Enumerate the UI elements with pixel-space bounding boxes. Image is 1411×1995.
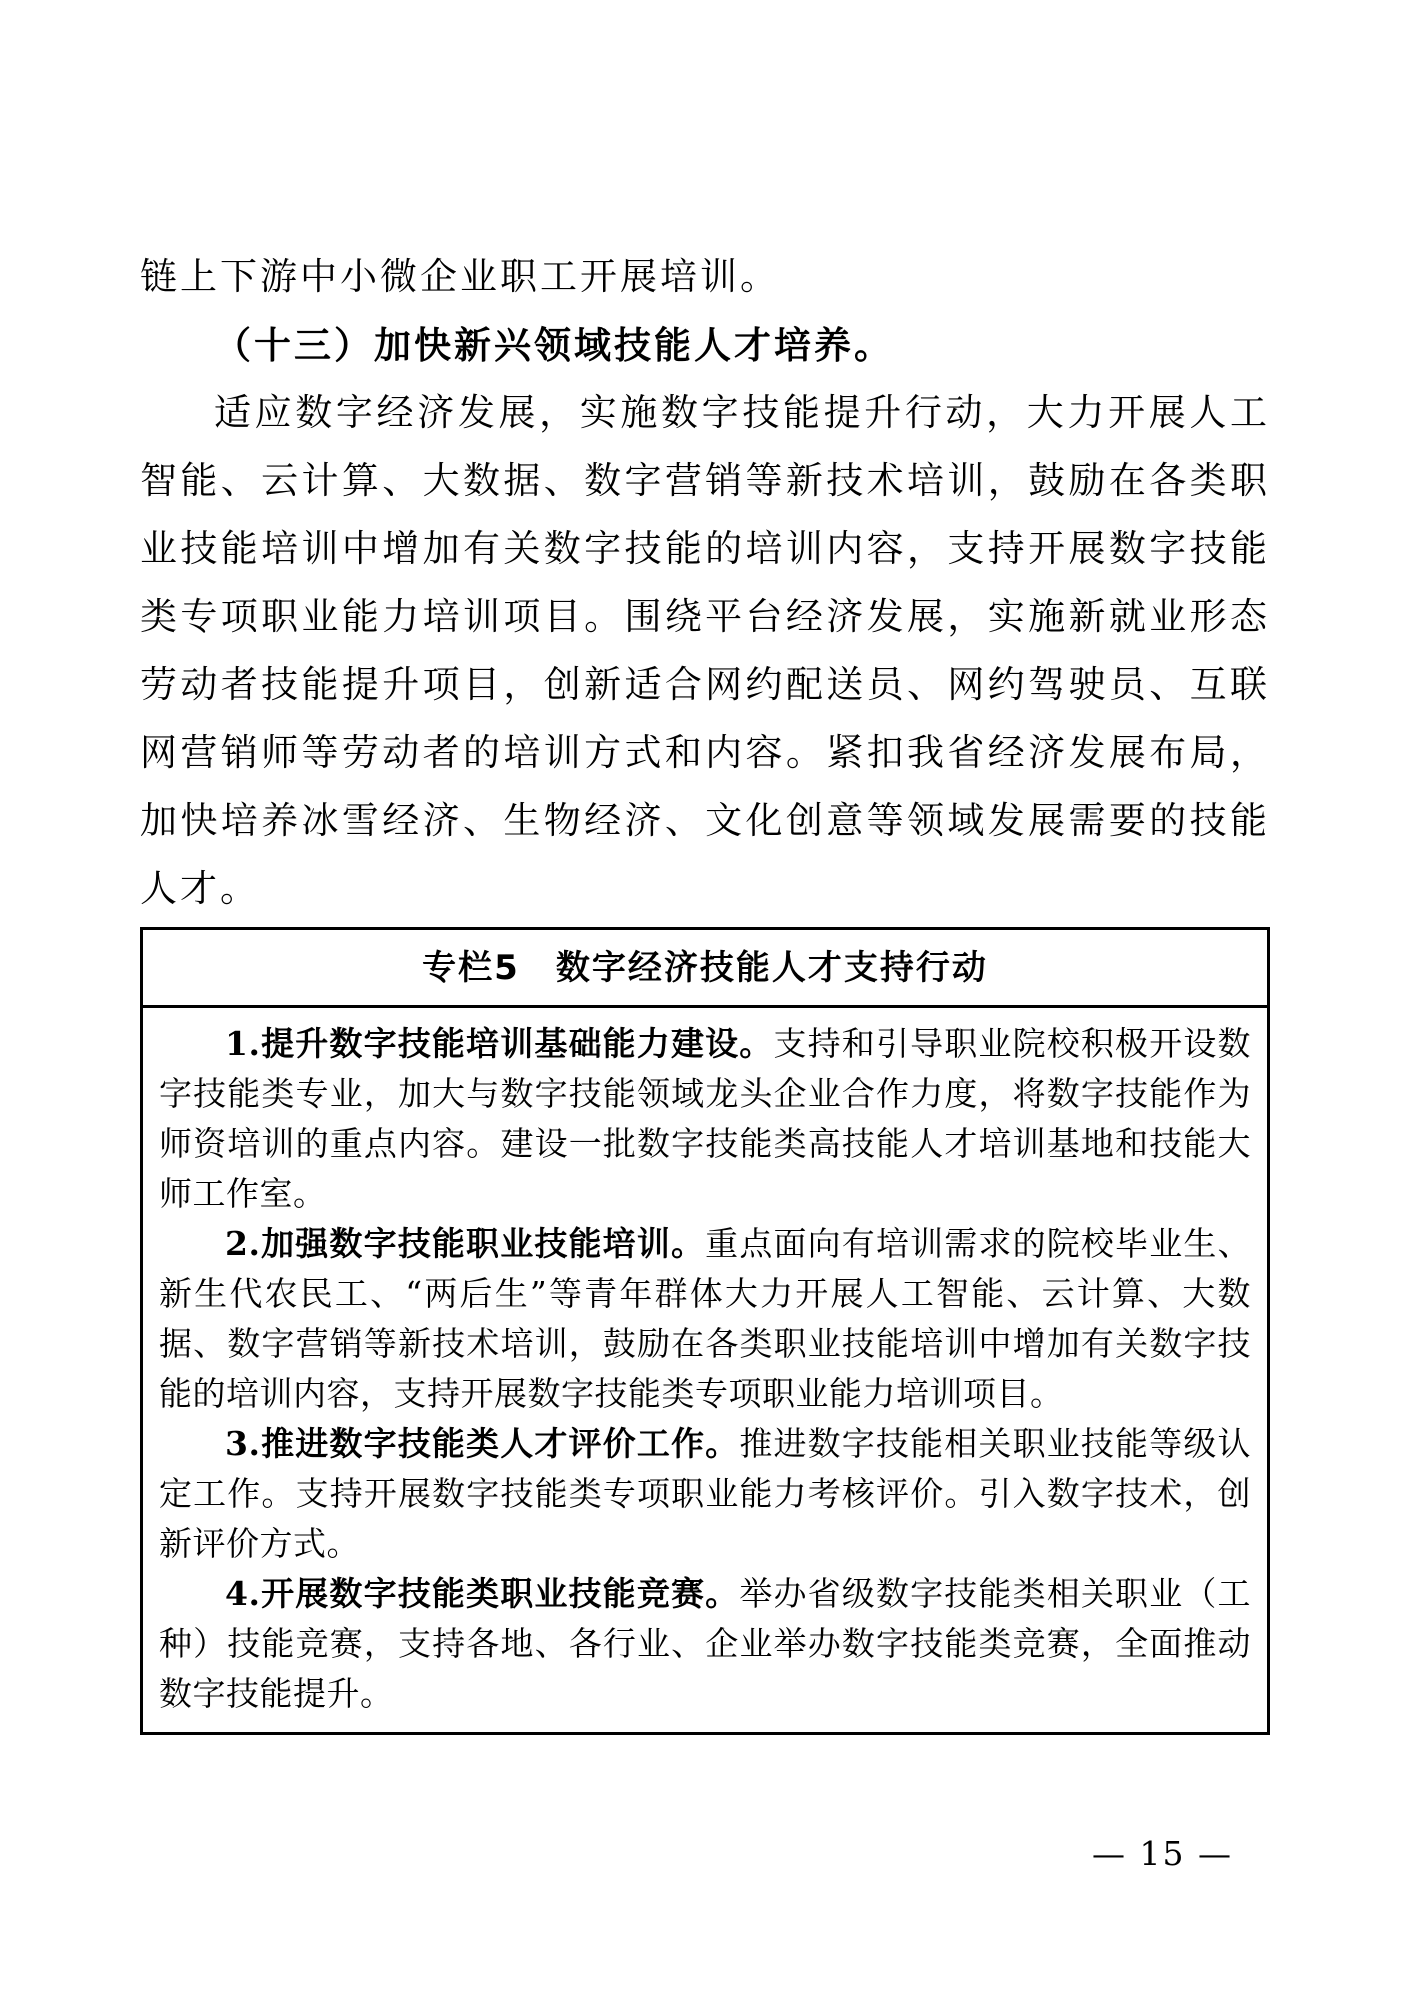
panel-body: 1.提升数字技能培训基础能力建设。支持和引导职业院校积极开设数字技能类专业，加大… — [143, 1008, 1267, 1732]
panel-item-1: 1.提升数字技能培训基础能力建设。支持和引导职业院校积极开设数字技能类专业，加大… — [159, 1019, 1251, 1219]
page-number: — 15 — — [1092, 1834, 1233, 1873]
panel-title: 专栏5 数字经济技能人才支持行动 — [143, 930, 1267, 1008]
paragraph-continuation: 链上下游中小微企业职工开展培训。 — [140, 243, 1270, 311]
column-box-panel: 专栏5 数字经济技能人才支持行动 1.提升数字技能培训基础能力建设。支持和引导职… — [140, 927, 1270, 1735]
panel-item-4: 4.开展数字技能类职业技能竞赛。举办省级数字技能类相关职业（工种）技能竞赛，支持… — [159, 1569, 1251, 1719]
section-paragraph: 适应数字经济发展，实施数字技能提升行动，大力开展人工智能、云计算、大数据、数字营… — [140, 379, 1270, 923]
document-page: 链上下游中小微企业职工开展培训。 （十三）加快新兴领域技能人才培养。 适应数字经… — [0, 0, 1411, 1995]
panel-item-4-lead: 4.开展数字技能类职业技能竞赛。 — [225, 1574, 739, 1613]
document-body: 链上下游中小微企业职工开展培训。 （十三）加快新兴领域技能人才培养。 适应数字经… — [140, 243, 1270, 1735]
panel-item-1-lead: 1.提升数字技能培训基础能力建设。 — [225, 1024, 773, 1063]
panel-item-3: 3.推进数字技能类人才评价工作。推进数字技能相关职业技能等级认定工作。支持开展数… — [159, 1419, 1251, 1569]
panel-item-2-lead: 2.加强数字技能职业技能培训。 — [225, 1224, 705, 1263]
panel-item-2: 2.加强数字技能职业技能培训。重点面向有培训需求的院校毕业生、新生代农民工、“两… — [159, 1219, 1251, 1419]
section-heading: （十三）加快新兴领域技能人才培养。 — [140, 311, 1270, 379]
panel-item-3-lead: 3.推进数字技能类人才评价工作。 — [225, 1424, 739, 1463]
